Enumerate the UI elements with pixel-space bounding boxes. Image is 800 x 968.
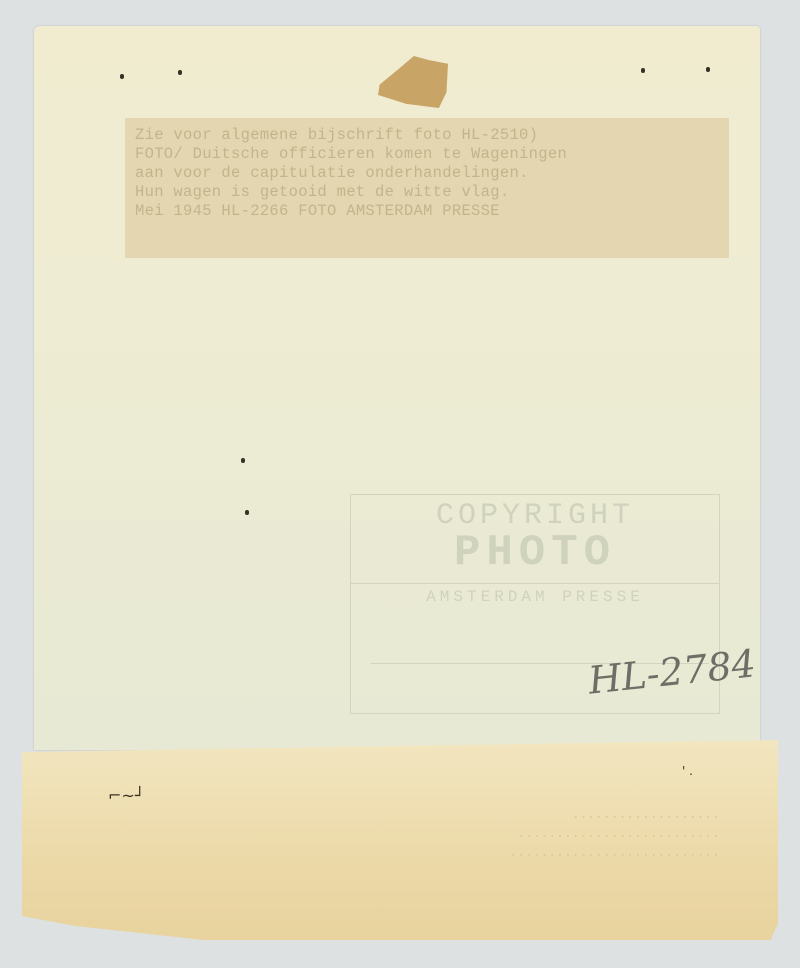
caption-line: FOTO/ Duitsche officieren komen te Wagen… (135, 145, 719, 164)
stamp-line-2: PHOTO (351, 533, 719, 573)
stamp-divider (351, 583, 719, 584)
pin-mark (178, 70, 182, 75)
pin-mark (706, 67, 710, 72)
stamp-line-3: AMSTERDAM PRESSE (351, 588, 719, 606)
ink-mark: ' . (682, 764, 693, 778)
caption-line: Mei 1945 HL-2266 FOTO AMSTERDAM PRESSE (135, 202, 719, 221)
ink-mark: ⌐~┘ (108, 786, 144, 805)
bleed-line: .......................... (100, 824, 720, 843)
typed-caption-label: Zie voor algemene bijschrift foto HL-251… (125, 118, 729, 258)
pin-mark (120, 74, 124, 79)
bleed-line: ........................... (100, 843, 720, 862)
caption-line: Zie voor algemene bijschrift foto HL-251… (135, 126, 719, 145)
bleed-through-text: ........................................… (100, 805, 720, 862)
pin-mark (641, 68, 645, 73)
caption-line: aan voor de capitulatie onderhandelingen… (135, 164, 719, 183)
bleed-line: ................... (100, 805, 720, 824)
pin-mark (245, 510, 249, 515)
pin-mark (241, 458, 245, 463)
caption-line: Hun wagen is getooid met de witte vlag. (135, 183, 719, 202)
